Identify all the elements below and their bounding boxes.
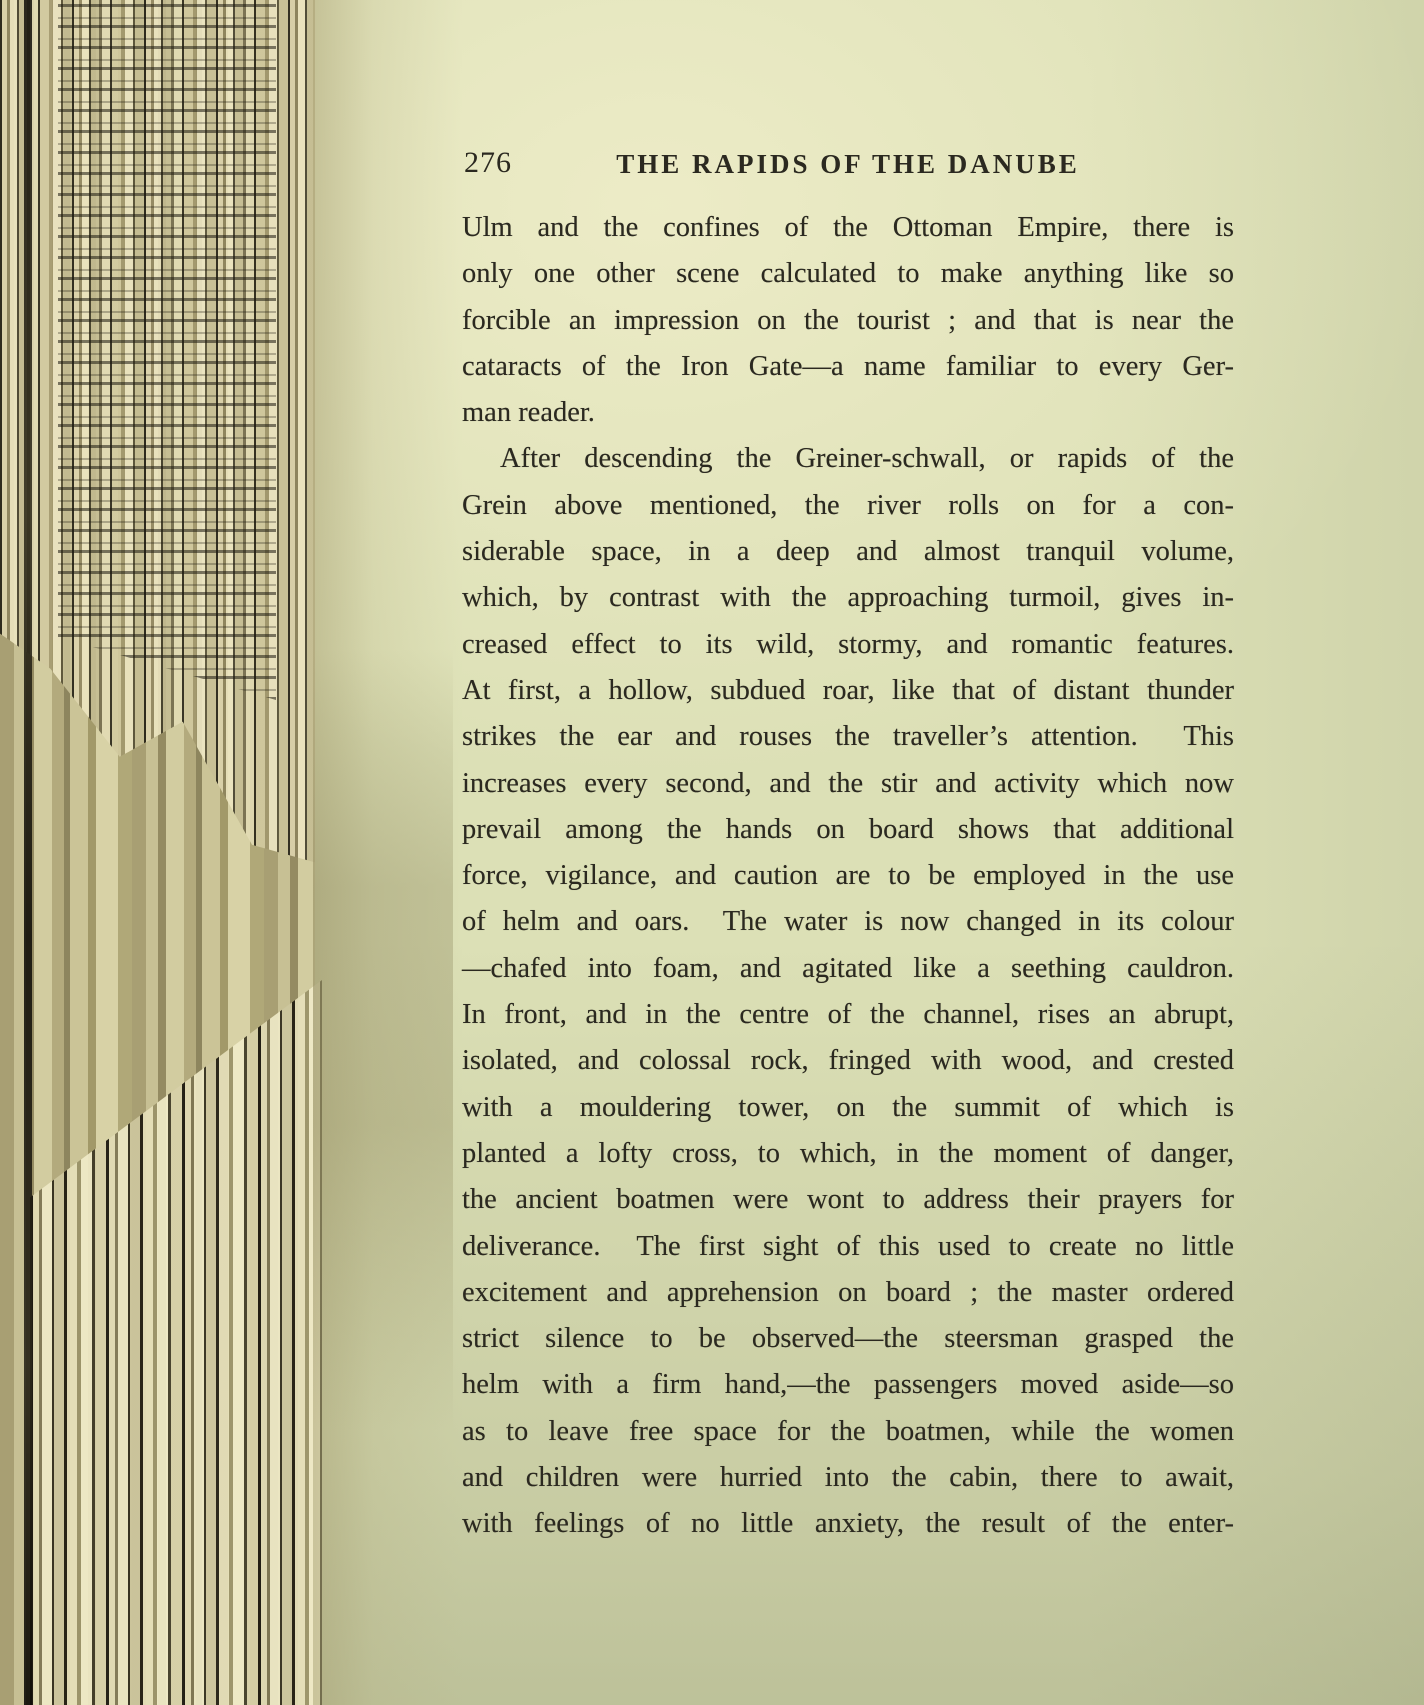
text-line: strict silence to be observed—the steers… bbox=[462, 1316, 1234, 1362]
book-gutter-shadow bbox=[24, 0, 32, 1705]
text-line: At first, a hollow, subdued roar, like t… bbox=[462, 668, 1234, 714]
text-line: Grein above mentioned, the river rolls o… bbox=[462, 483, 1234, 529]
text-line: which, by contrast with the approaching … bbox=[462, 575, 1234, 621]
text-line: strikes the ear and rouses the traveller… bbox=[462, 714, 1234, 760]
page-number: 276 bbox=[464, 146, 512, 180]
text-line: excitement and apprehension on board ; t… bbox=[462, 1270, 1234, 1316]
text-line: of helm and oars. The water is now chang… bbox=[462, 899, 1234, 945]
text-line: forcible an impression on the tourist ; … bbox=[462, 298, 1234, 344]
text-line: siderable space, in a deep and almost tr… bbox=[462, 529, 1234, 575]
text-line: planted a lofty cross, to which, in the … bbox=[462, 1131, 1234, 1177]
text-line: and children were hurried into the cabin… bbox=[462, 1455, 1234, 1501]
text-line: prevail among the hands on board shows t… bbox=[462, 807, 1234, 853]
fore-edge-fade-mid bbox=[313, 0, 453, 1705]
text-line: isolated, and colossal rock, fringed wit… bbox=[462, 1038, 1234, 1084]
text-line: creased effect to its wild, stormy, and … bbox=[462, 622, 1234, 668]
text-line: After descending the Greiner-schwall, or… bbox=[462, 436, 1234, 482]
text-line: In front, and in the centre of the chann… bbox=[462, 992, 1234, 1038]
page-edges-plaid-texture bbox=[58, 0, 276, 700]
page-header: 276 THE RAPIDS OF THE DANUBE bbox=[462, 146, 1234, 188]
text-line: —chafed into foam, and agitated like a s… bbox=[462, 946, 1234, 992]
text-line: man reader. bbox=[462, 390, 1234, 436]
text-line: with a mouldering tower, on the summit o… bbox=[462, 1085, 1234, 1131]
running-title: THE RAPIDS OF THE DANUBE bbox=[616, 149, 1080, 180]
text-line: with feelings of no little anxiety, the … bbox=[462, 1501, 1234, 1547]
text-line: as to leave free space for the boatmen, … bbox=[462, 1409, 1234, 1455]
text-line: Ulm and the confines of the Ottoman Empi… bbox=[462, 205, 1234, 251]
book-fore-edge bbox=[0, 0, 315, 1705]
body-text: Ulm and the confines of the Ottoman Empi… bbox=[462, 205, 1234, 1548]
text-line: deliverance. The first sight of this use… bbox=[462, 1224, 1234, 1270]
text-line: the ancient boatmen were wont to address… bbox=[462, 1177, 1234, 1223]
text-line: cataracts of the Iron Gate—a name famili… bbox=[462, 344, 1234, 390]
paragraph: After descending the Greiner-schwall, or… bbox=[462, 436, 1234, 1547]
book-page-photo: 276 THE RAPIDS OF THE DANUBE Ulm and the… bbox=[0, 0, 1424, 1705]
text-line: increases every second, and the stir and… bbox=[462, 761, 1234, 807]
text-line: only one other scene calculated to make … bbox=[462, 251, 1234, 297]
paragraph: Ulm and the confines of the Ottoman Empi… bbox=[462, 205, 1234, 436]
text-line: force, vigilance, and caution are to be … bbox=[462, 853, 1234, 899]
text-line: helm with a firm hand,—the passengers mo… bbox=[462, 1362, 1234, 1408]
